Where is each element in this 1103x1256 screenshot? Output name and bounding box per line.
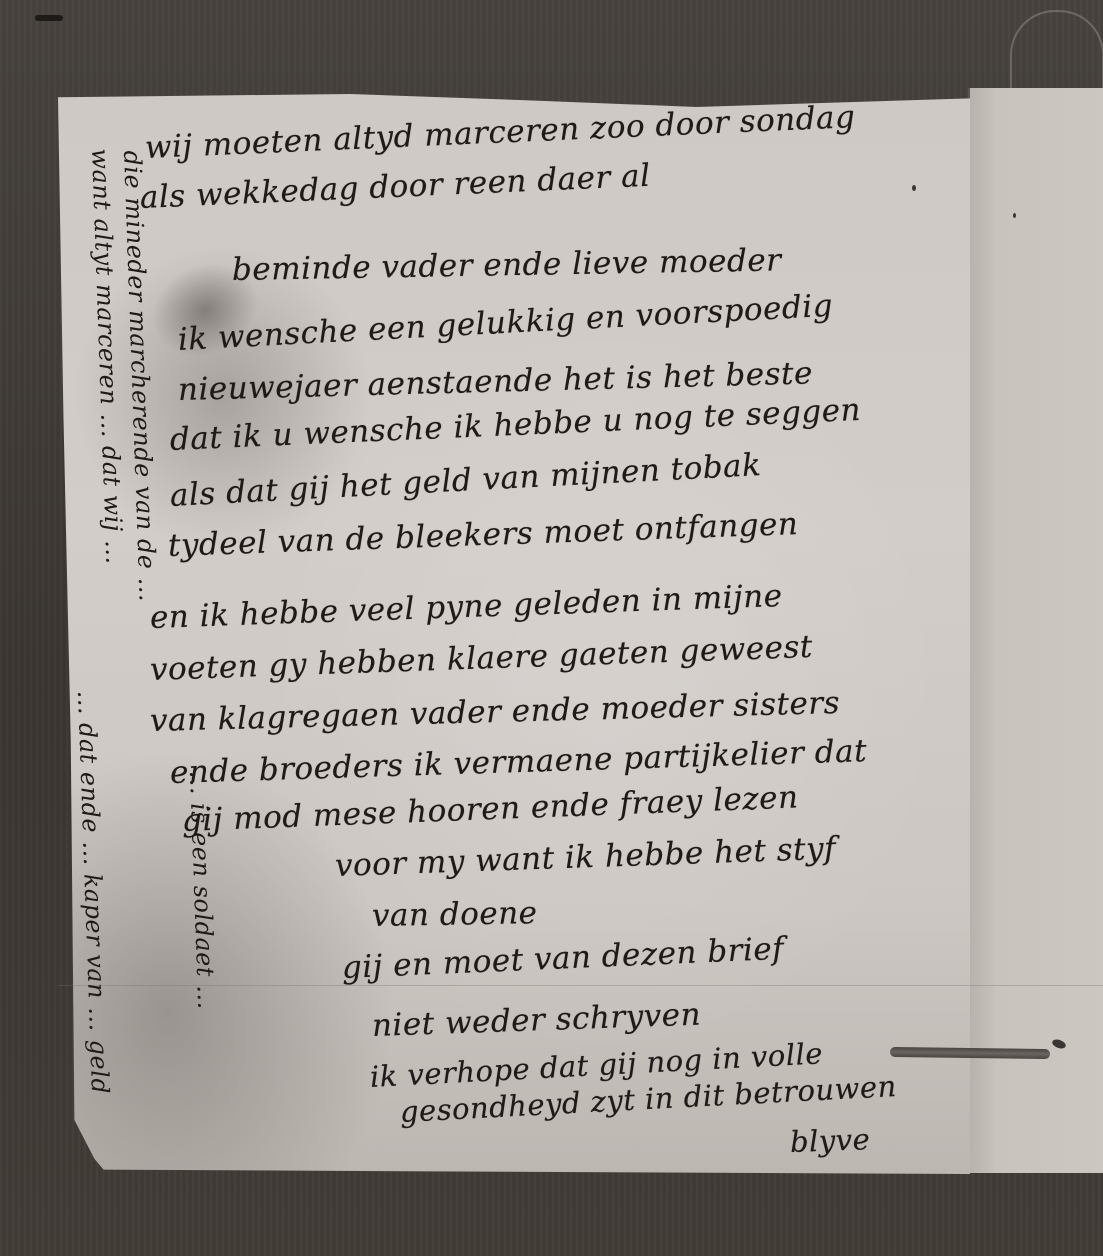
paper-curl <box>1010 10 1103 92</box>
letter-signature-word: blyve <box>789 1122 870 1159</box>
letter-line: van doene <box>372 895 538 934</box>
ink-blot <box>912 185 916 191</box>
ink-blot <box>1013 213 1016 218</box>
folded-paper-flap <box>968 88 1103 1173</box>
background-mark <box>35 15 63 21</box>
